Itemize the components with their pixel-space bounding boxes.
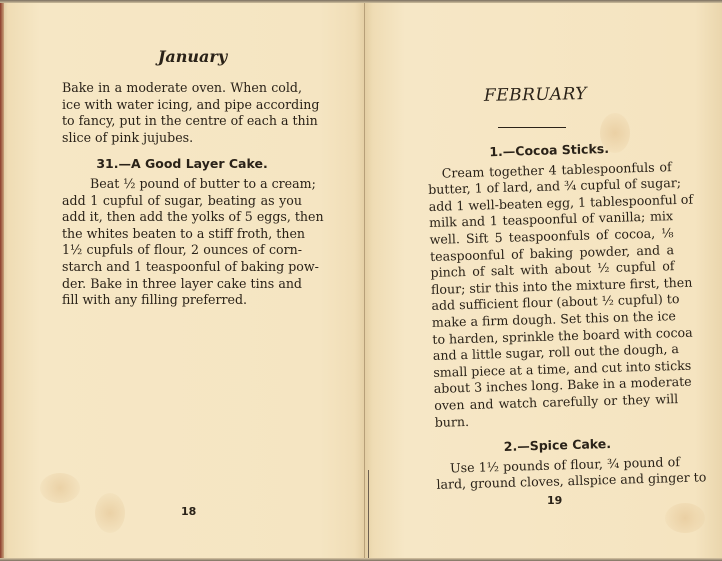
continuation-paragraph: Bake in a moderate oven. When cold, ice … <box>62 80 302 146</box>
text-line: der. Bake in three layer cake tins and <box>62 276 302 293</box>
paper-stain <box>665 503 705 533</box>
running-head: January <box>10 47 375 66</box>
page-number: 18 <box>181 505 196 518</box>
month-title: FEBRUARY <box>357 82 714 108</box>
book-gutter-shadow <box>368 470 369 558</box>
recipe-paragraph: Use 1½ pounds of flour, ¾ pound of lard,… <box>436 454 681 494</box>
text-line: starch and 1 teaspoonful of baking pow- <box>62 259 302 276</box>
page-number: 19 <box>547 494 562 507</box>
recipe-title: 31.—A Good Layer Cake. <box>62 156 302 173</box>
text-line: ice with water icing, and pipe according <box>62 97 302 114</box>
left-page: January Bake in a moderate oven. When co… <box>0 3 365 558</box>
text-line: Beat ½ pound of butter to a cream; <box>62 176 302 193</box>
text-line: Bake in a moderate oven. When cold, <box>62 80 302 97</box>
book-spread: January Bake in a moderate oven. When co… <box>0 0 722 561</box>
recipe-paragraph: Cream together 4 tablespoonfuls of butte… <box>428 159 679 431</box>
paper-stain <box>40 473 80 503</box>
paper-stain <box>95 493 125 533</box>
text-line: fill with any filling preferred. <box>62 292 302 309</box>
text-line: add it, then add the yolks of 5 eggs, th… <box>62 209 302 226</box>
text-line: add 1 cupful of sugar, beating as you <box>62 193 302 210</box>
right-page: FEBRUARY 1.—Cocoa Sticks. Cream together… <box>365 3 722 558</box>
text-line: slice of pink jujubes. <box>62 130 302 147</box>
book-binding-edge <box>0 3 4 558</box>
text-line: to fancy, put in the centre of each a th… <box>62 113 302 130</box>
text-line: the whites beaten to a stiff froth, then <box>62 226 302 243</box>
right-page-body: 1.—Cocoa Sticks. Cream together 4 tables… <box>427 139 681 494</box>
recipe-paragraph: Beat ½ pound of butter to a cream; add 1… <box>62 176 302 309</box>
book-gutter <box>364 3 365 558</box>
text-line: 1½ cupfuls of flour, 2 ounces of corn- <box>62 242 302 259</box>
left-page-body: Bake in a moderate oven. When cold, ice … <box>62 80 302 309</box>
title-rule <box>498 127 566 128</box>
